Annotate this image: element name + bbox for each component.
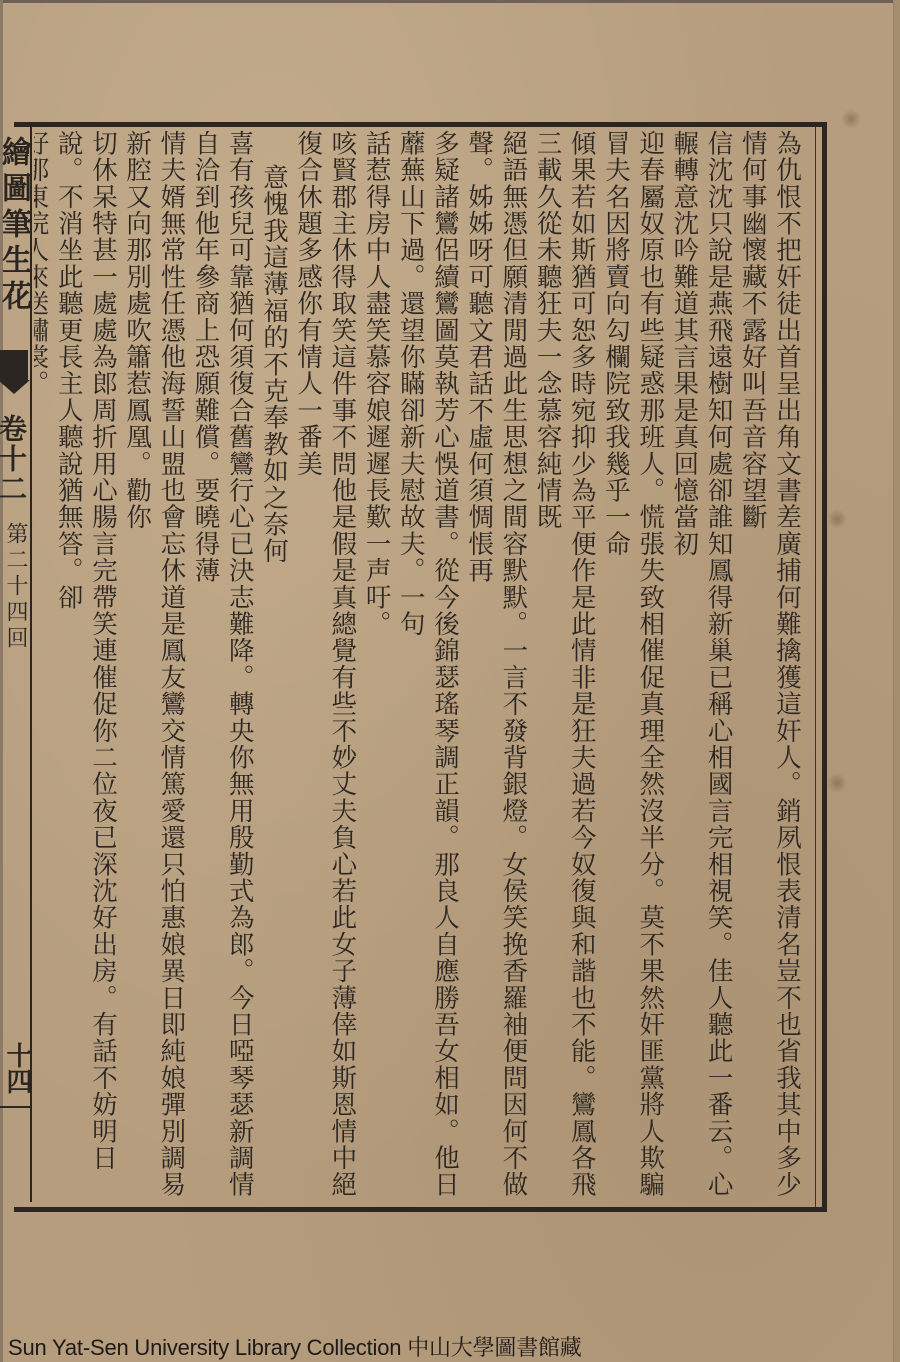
- text-column-indented: 意愧我這薄福的不克奉教如之奈何: [257, 130, 291, 1198]
- text-column: 絕語無憑但願清閒過此生思想之間容默默。一言不發背銀燈。女侯笑挽香羅袖便問因何不做…: [462, 130, 530, 1198]
- text-column: 好那東院人來送繡裳。: [34, 130, 52, 1198]
- binding-hole-icon: [842, 108, 860, 130]
- book-title: 繪圖筆生花: [0, 136, 28, 316]
- text-column: 切休呆特甚一處處為郎周折用心腸言完帶笑連催促你二位夜已深沈好出房。有話不妨明日說…: [52, 130, 120, 1198]
- text-column: 話惹得房中人盡笑慕容娘遲遲長歎一声吁。: [359, 130, 393, 1198]
- binding-hole-icon: [828, 508, 846, 530]
- binding-hole-icon: [828, 772, 846, 794]
- text-column: 喜有孩兒可靠猶何須復合舊鸞行心已決志難降。轉央你無用殷勤式為郎。今日啞琴瑟新調情…: [188, 130, 256, 1198]
- fishtail-notch-icon: [0, 380, 30, 394]
- page-number: 十四: [2, 1042, 32, 1094]
- text-column: 迎春屬奴原也有些疑惑那班人。慌張失致相催促真理全然沒半分。莫不果然奸匪黨將人欺騙…: [599, 130, 667, 1198]
- text-column: 咳賢郡主休得取笑這件事不問他是假是真總覺有些不妙丈夫負心若此女子薄倖如斯恩情中絕…: [291, 130, 359, 1198]
- frame-inner-rule: [815, 127, 816, 1207]
- text-column: 情夫婿無常性任憑他海誓山盟也會忘休道是鳳友鸞交情篤愛還只怕惠娘異日即純娘彈別調易…: [120, 130, 188, 1198]
- collection-caption: Sun Yat-Sen University Library Collectio…: [8, 1331, 582, 1362]
- page-edge-top: [0, 0, 900, 3]
- text-column: 傾果若如斯猶可恕多時宛抑少為平便作是此情非是狂夫過若今奴復與和諧也不能。鸞鳳各飛…: [530, 130, 598, 1198]
- text-column: 多疑諸鸞侶續鸞圖莫執芳心悞道書。從今後錦瑟瑤琴調正韻。那良人自應勝吾女相如。他日…: [394, 130, 462, 1198]
- slip-divider: [0, 1106, 30, 1108]
- text-column: 信沈沈只說是燕飛遠樹知何處卻誰知鳳得新巢已稱心相國言完相視笑。佳人聽此一番云。心…: [667, 130, 735, 1198]
- scanned-page: 繪圖筆生花 卷十二 第二十四回 十四 為仇恨不把奸徒出首呈出角文書差廣捕何難擒獲…: [0, 0, 900, 1362]
- chapter-label: 第二十四回: [0, 522, 30, 652]
- fishtail-mark-icon: [0, 350, 28, 380]
- volume-label: 卷十二: [0, 414, 26, 504]
- body-text: 為仇恨不把奸徒出首呈出角文書差廣捕何難擒獲這奸人。銷夙恨表清名豈不也省我其中多少…: [34, 130, 804, 1198]
- text-column: 為仇恨不把奸徒出首呈出角文書差廣捕何難擒獲這奸人。銷夙恨表清名豈不也省我其中多少…: [736, 130, 804, 1198]
- margin-slip: 繪圖筆生花 卷十二 第二十四回 十四: [0, 122, 32, 1202]
- page-edge-right: [893, 0, 900, 1362]
